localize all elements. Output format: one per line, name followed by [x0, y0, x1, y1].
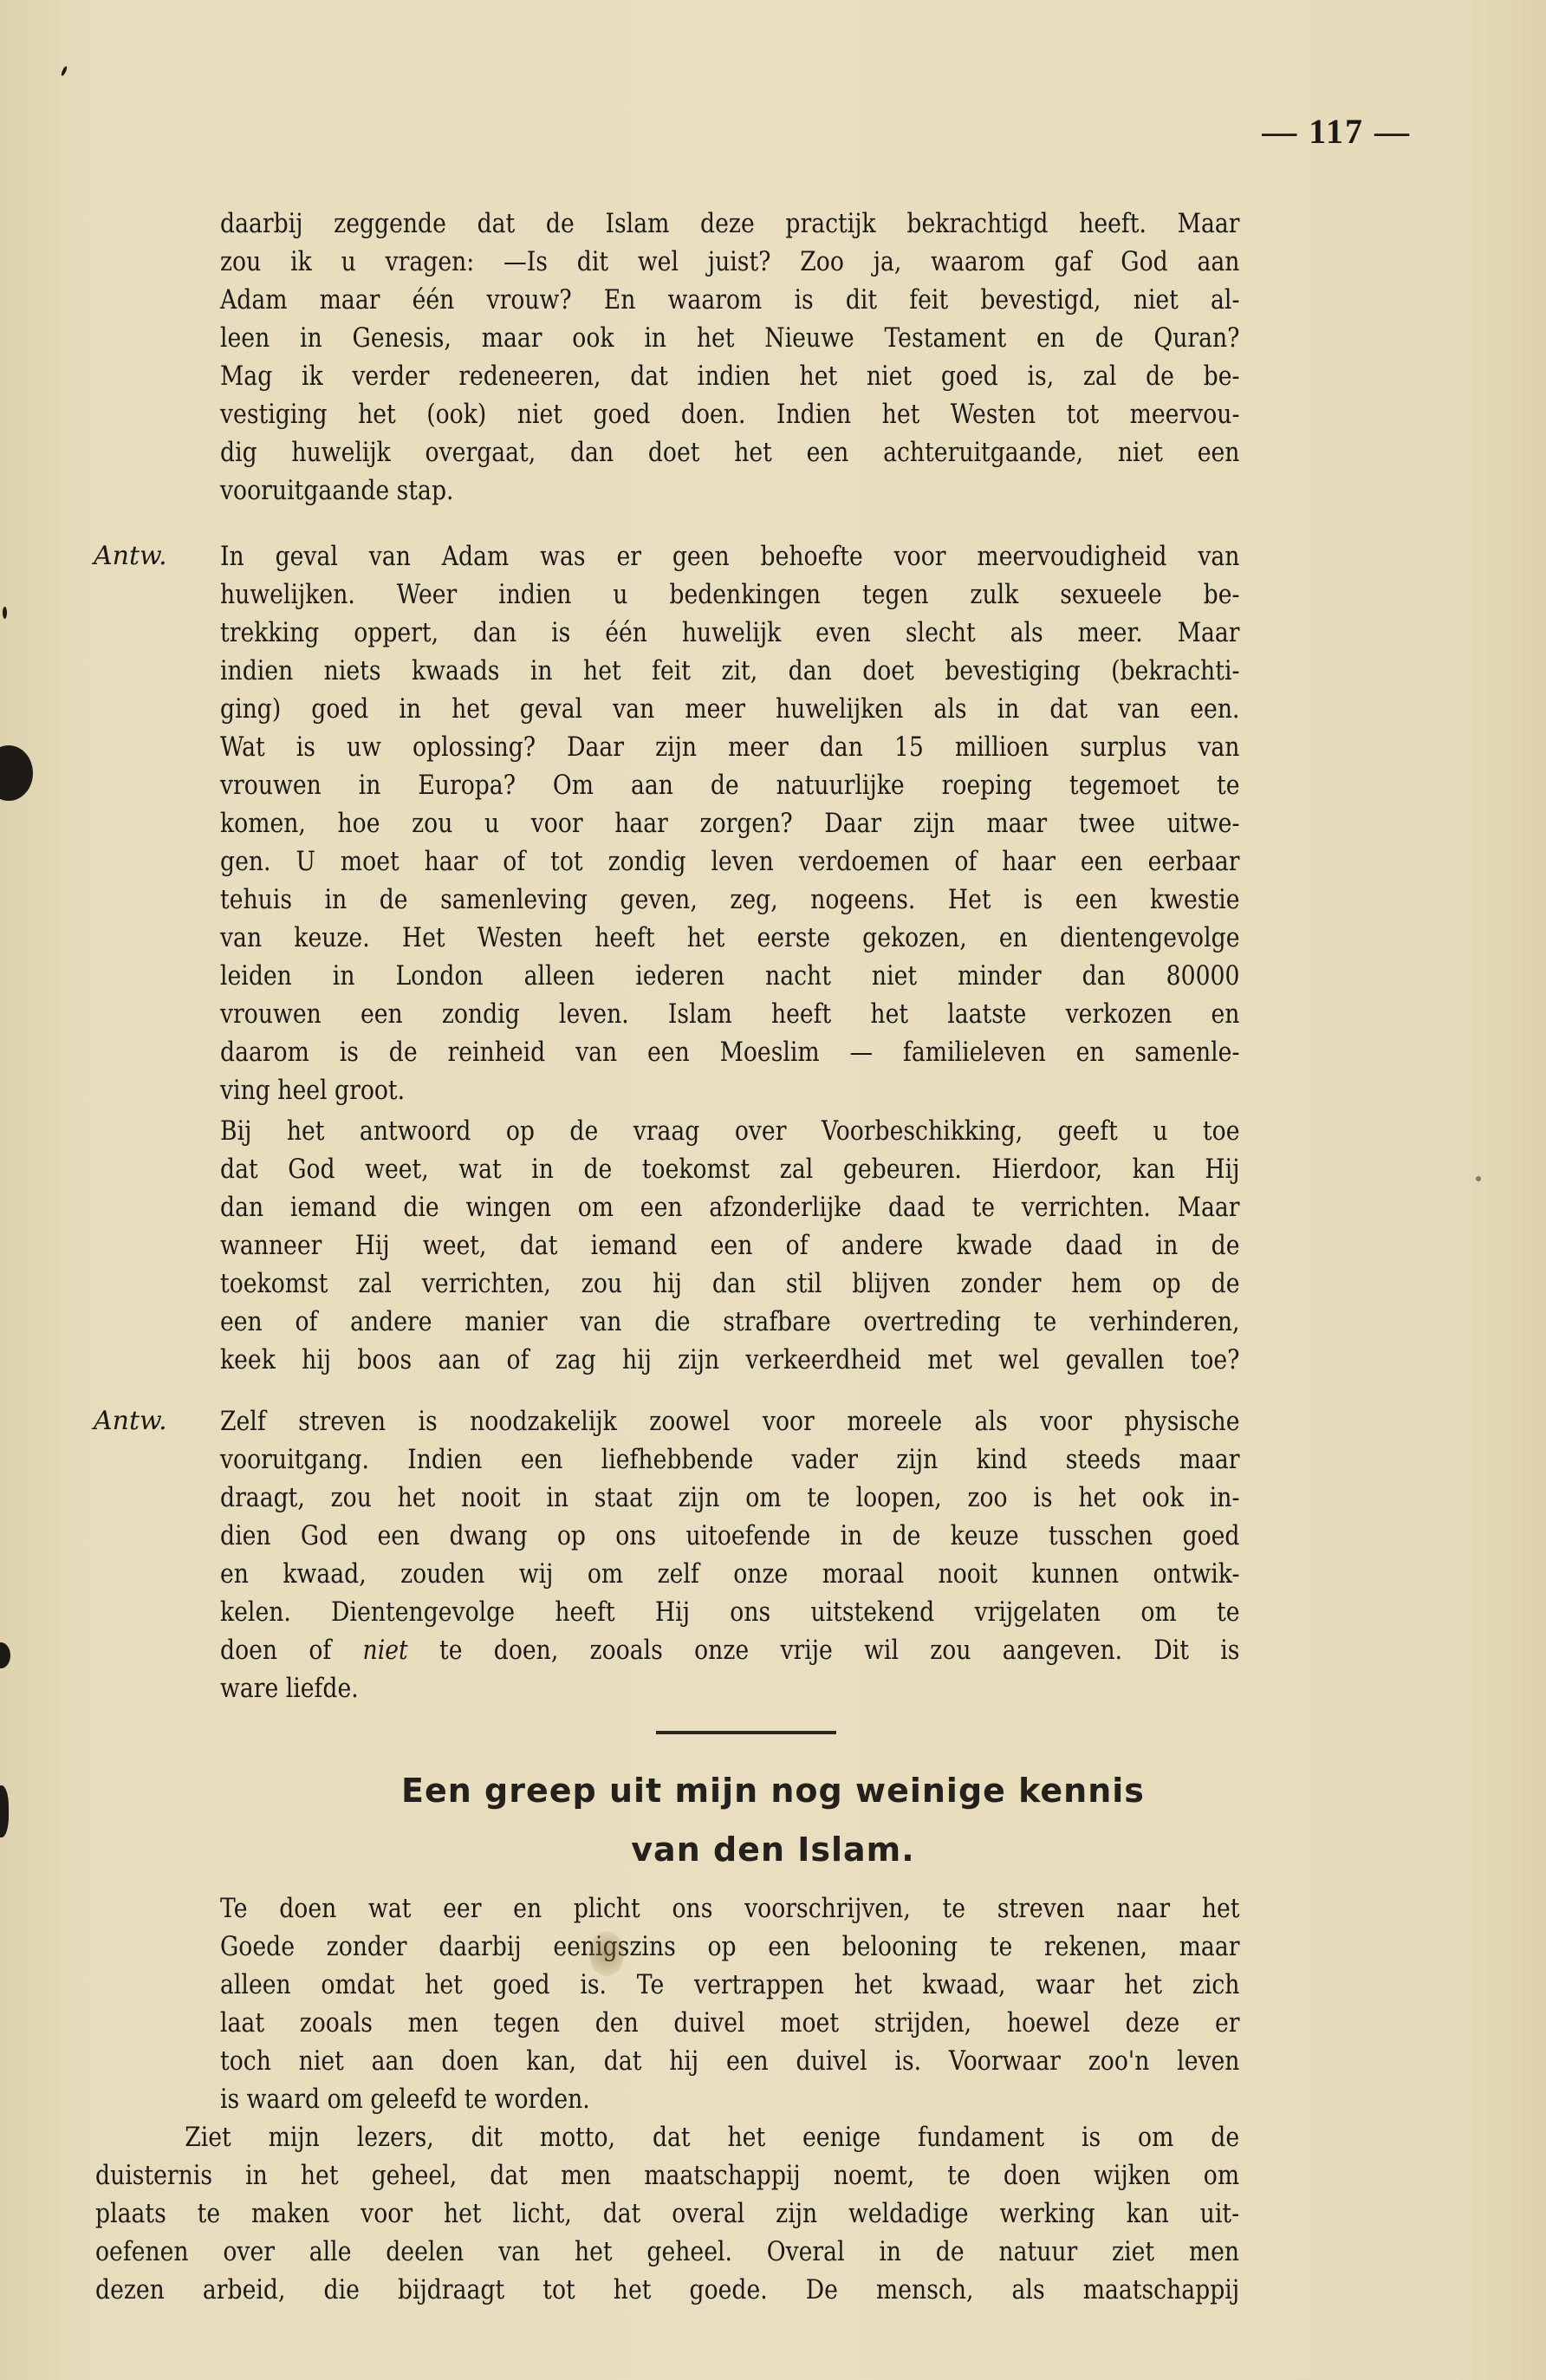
text-line: dien God een dwang op ons uitoefende in … — [220, 1517, 1239, 1555]
text-line: laat zooals men tegen den duivel moet st… — [220, 2004, 1239, 2042]
text-line: vestiging het (ook) niet goed doen. Indi… — [220, 395, 1239, 433]
text-line: een of andere manier van die strafbare o… — [220, 1303, 1239, 1341]
readers-paragraph: Ziet mijn lezers, dit motto, dat het een… — [95, 2118, 1239, 2309]
text-line: leen in Genesis, maar ook in het Nieuwe … — [220, 319, 1239, 357]
text-line: ving heel groot. — [220, 1071, 1239, 1109]
text-line: vrouwen een zondig leven. Islam heeft he… — [220, 995, 1239, 1033]
motto-paragraph: Te doen wat eer en plicht ons voorschrij… — [220, 1889, 1239, 2118]
text-line: toch niet aan doen kan, dat hij een duiv… — [220, 2042, 1239, 2080]
text-line: Goede zonder daarbij eenigszins op een b… — [220, 1928, 1239, 1966]
binding-hole-mark — [0, 745, 33, 801]
text-line: is waard om geleefd te worden. — [220, 2080, 1239, 2118]
text-line: ging) goed in het geval van meer huwelij… — [220, 690, 1239, 728]
text-line: dig huwelijk overgaat, dan doet het een … — [220, 433, 1239, 471]
text-line: kelen. Dientengevolge heeft Hij ons uits… — [220, 1593, 1239, 1631]
text-line: zou ik u vragen: —Is dit wel juist? Zoo … — [220, 243, 1239, 281]
text-line: huwelijken. Weer indien u bedenkingen te… — [220, 575, 1239, 614]
text-line: dan iemand die wingen om een afzonderlij… — [220, 1188, 1239, 1226]
stain-mark — [589, 1931, 624, 1976]
text-line: In geval van Adam was er geen behoefte v… — [220, 537, 1239, 575]
question-2: Bij het antwoord op de vraag over Voorbe… — [220, 1112, 1239, 1379]
text-line: Adam maar één vrouw? En waarom is dit fe… — [220, 281, 1239, 319]
text-line: dezen arbeid, die bijdraagt tot het goed… — [95, 2271, 1239, 2309]
emphasized-word: niet — [363, 1635, 408, 1666]
text-line: tehuis in de samenleving geven, zeg, nog… — [220, 881, 1239, 919]
text-line: toekomst zal verrichten, zou hij dan sti… — [220, 1265, 1239, 1303]
text-line: Bij het antwoord op de vraag over Voorbe… — [220, 1112, 1239, 1150]
text-line: gen. U moet haar of tot zondig leven ver… — [220, 842, 1239, 881]
text-line: vooruitgang. Indien een liefhebbende vad… — [220, 1440, 1239, 1479]
scan-speck — [3, 607, 7, 619]
text-line: vooruitgaande stap. — [220, 471, 1239, 510]
text-line: indien niets kwaads in het feit zit, dan… — [220, 652, 1239, 690]
text-line: draagt, zou het nooit in staat zijn om t… — [220, 1479, 1239, 1517]
section-heading-line-1: Een greep uit mijn nog weinige kennis — [0, 1772, 1546, 1810]
text-line: daarbij zeggende dat de Islam deze pract… — [220, 205, 1239, 243]
answer-1: In geval van Adam was er geen behoefte v… — [220, 537, 1239, 1109]
text-line: daarom is de reinheid van een Moeslim — … — [220, 1033, 1239, 1071]
text-line: Te doen wat eer en plicht ons voorschrij… — [220, 1889, 1239, 1928]
text-line: van keuze. Het Westen heeft het eerste g… — [220, 919, 1239, 957]
text-line: komen, hoe zou u voor haar zorgen? Daar … — [220, 804, 1239, 842]
text-line: Ziet mijn lezers, dit motto, dat het een… — [95, 2118, 1239, 2156]
text-line: trekking oppert, dan is één huwelijk eve… — [220, 614, 1239, 652]
text-line: ware liefde. — [220, 1669, 1239, 1707]
text-line: alleen omdat het goed is. Te vertrappen … — [220, 1966, 1239, 2004]
page-number: — 117 — — [1262, 111, 1411, 152]
text-line: wanneer Hij weet, dat iemand een of ande… — [220, 1226, 1239, 1265]
text-line: vrouwen in Europa? Om aan de natuurlijke… — [220, 766, 1239, 804]
text-line: Wat is uw oplossing? Daar zijn meer dan … — [220, 728, 1239, 766]
scanned-page: — 117 — daarbij zeggende dat de Islam de… — [0, 0, 1546, 2380]
text-line: keek hij boos aan of zag hij zijn verkee… — [220, 1341, 1239, 1379]
section-heading-line-2: van den Islam. — [0, 1831, 1546, 1869]
text-line: Zelf streven is noodzakelijk zoowel voor… — [220, 1402, 1239, 1440]
text-line: duisternis in het geheel, dat men maatsc… — [95, 2156, 1239, 2195]
question-continuation: daarbij zeggende dat de Islam deze pract… — [220, 205, 1239, 510]
scan-speck — [61, 66, 68, 77]
text-line: Mag ik verder redeneeren, dat indien het… — [220, 357, 1239, 395]
binding-hole-mark — [0, 1642, 10, 1668]
text-line: leiden in London alleen iederen nacht ni… — [220, 957, 1239, 995]
section-divider — [656, 1731, 836, 1734]
text-line: plaats te maken voor het licht, dat over… — [95, 2195, 1239, 2233]
answer-label: Antw. — [94, 541, 167, 571]
text-line: dat God weet, wat in de toekomst zal geb… — [220, 1150, 1239, 1188]
answer-label: Antw. — [94, 1406, 167, 1436]
text-line: doen of niet te doen, zooals onze vrije … — [220, 1631, 1239, 1669]
scan-speck — [1476, 1176, 1481, 1181]
text-line: oefenen over alle deelen van het geheel.… — [95, 2233, 1239, 2271]
text-line: en kwaad, zouden wij om zelf onze moraal… — [220, 1555, 1239, 1593]
answer-2: Zelf streven is noodzakelijk zoowel voor… — [220, 1402, 1239, 1707]
